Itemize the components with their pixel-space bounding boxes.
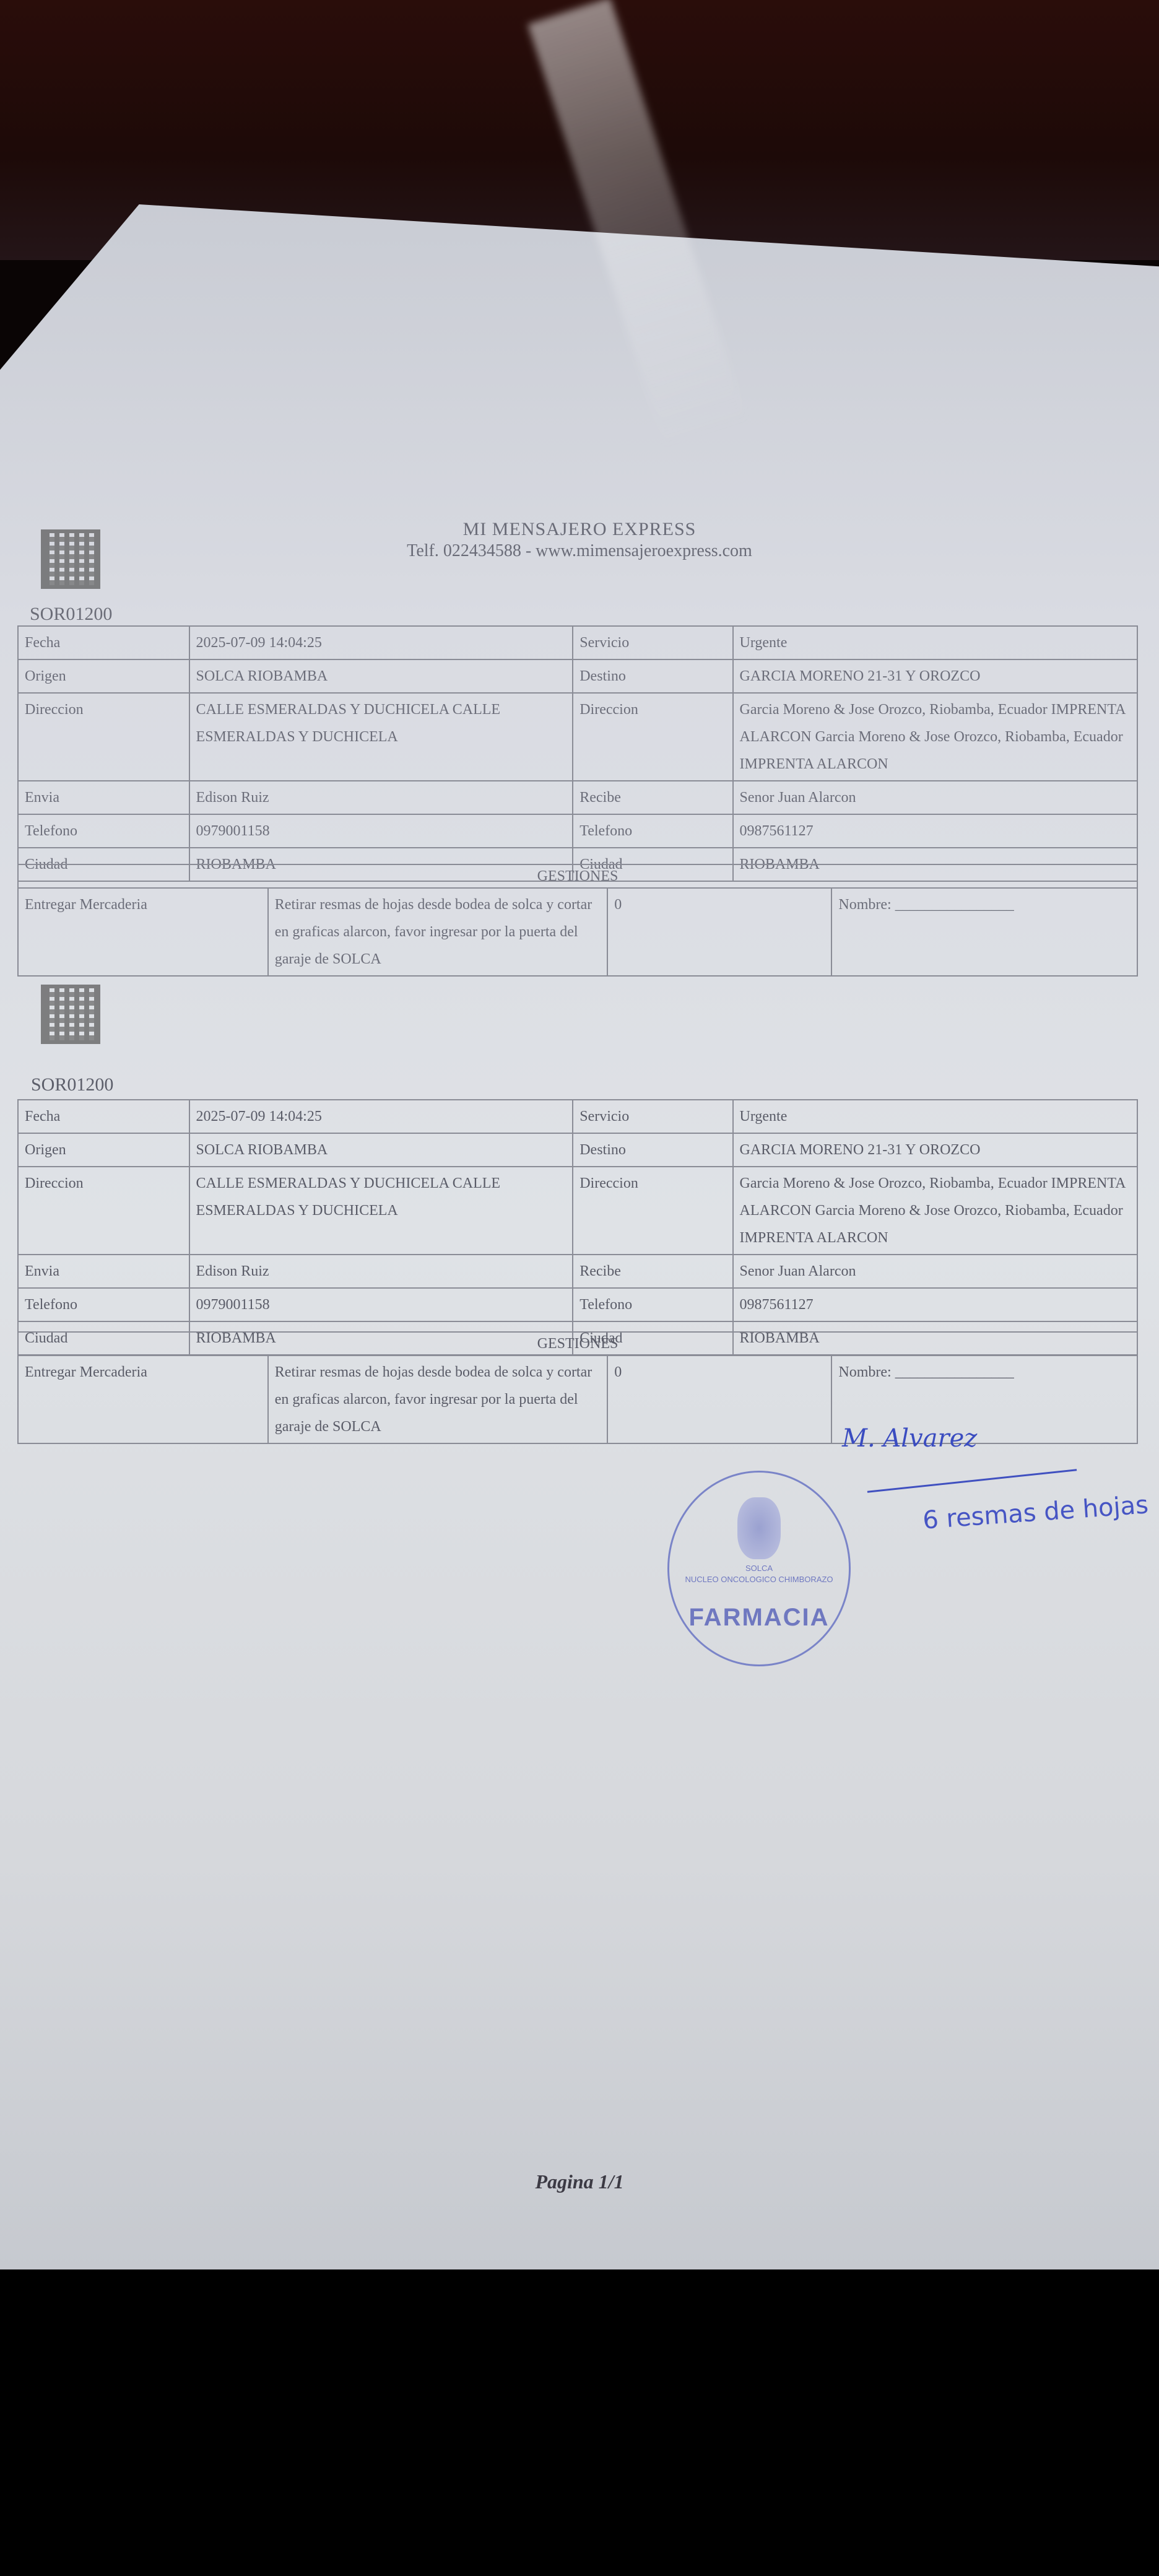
value-destino: GARCIA MORENO 21-31 Y OROZCO <box>733 659 1137 693</box>
gestion-cantidad: 0 <box>607 888 831 976</box>
value-fecha: 2025-07-09 14:04:25 <box>189 626 573 659</box>
label-direccion-origen: Direccion <box>18 693 189 781</box>
value-servicio: Urgente <box>733 1100 1137 1133</box>
label-recibe: Recibe <box>573 781 732 814</box>
value-origen: SOLCA RIOBAMBA <box>189 659 573 693</box>
label-telefono-envia: Telefono <box>18 814 189 848</box>
gestion-cantidad: 0 <box>607 1355 831 1443</box>
qr-code-icon <box>41 985 100 1044</box>
gestiones-table-1: GESTIONES Entregar Mercaderia Retirar re… <box>17 864 1138 977</box>
label-direccion-origen: Direccion <box>18 1167 189 1255</box>
gestion-descripcion: Retirar resmas de hojas desde bodea de s… <box>268 888 608 976</box>
table-row: Entregar Mercaderia Retirar resmas de ho… <box>18 888 1137 976</box>
label-fecha: Fecha <box>18 1100 189 1133</box>
value-telefono-envia: 0979001158 <box>189 1288 573 1321</box>
value-recibe: Senor Juan Alarcon <box>733 1255 1137 1288</box>
company-contact: Telf. 022434588 - www.mimensajeroexpress… <box>0 541 1159 561</box>
label-servicio: Servicio <box>573 1100 732 1133</box>
gestion-descripcion: Retirar resmas de hojas desde bodea de s… <box>268 1355 608 1443</box>
company-name: MI MENSAJERO EXPRESS <box>0 519 1159 540</box>
label-origen: Origen <box>18 1133 189 1167</box>
order-code: SOR01200 <box>31 1074 113 1095</box>
gestion-nombre: Nombre: ________________ <box>831 888 1137 976</box>
document-header: MI MENSAJERO EXPRESS Telf. 022434588 - w… <box>0 519 1159 561</box>
table-row: Origen SOLCA RIOBAMBA Destino GARCIA MOR… <box>18 1133 1137 1167</box>
label-recibe: Recibe <box>573 1255 732 1288</box>
table-row: Telefono 0979001158 Telefono 0987561127 <box>18 1288 1137 1321</box>
stamp-label: FARMACIA <box>669 1604 849 1632</box>
label-destino: Destino <box>573 659 732 693</box>
value-direccion-origen: CALLE ESMERALDAS Y DUCHICELA CALLE ESMER… <box>189 693 573 781</box>
label-direccion-destino: Direccion <box>573 1167 732 1255</box>
stamp-line2: NUCLEO ONCOLOGICO CHIMBORAZO <box>669 1574 849 1585</box>
value-telefono-recibe: 0987561127 <box>733 814 1137 848</box>
label-telefono-envia: Telefono <box>18 1288 189 1321</box>
qr-code-icon <box>41 529 100 589</box>
value-destino: GARCIA MORENO 21-31 Y OROZCO <box>733 1133 1137 1167</box>
value-direccion-destino: Garcia Moreno & Jose Orozco, Riobamba, E… <box>733 693 1137 781</box>
table-row: Origen SOLCA RIOBAMBA Destino GARCIA MOR… <box>18 659 1137 693</box>
gestiones-title: GESTIONES <box>18 1332 1137 1355</box>
gestion-tipo: Entregar Mercaderia <box>18 888 268 976</box>
value-direccion-destino: Garcia Moreno & Jose Orozco, Riobamba, E… <box>733 1167 1137 1255</box>
table-row: Envia Edison Ruiz Recibe Senor Juan Alar… <box>18 781 1137 814</box>
table-row: Fecha 2025-07-09 14:04:25 Servicio Urgen… <box>18 626 1137 659</box>
table-row: Direccion CALLE ESMERALDAS Y DUCHICELA C… <box>18 693 1137 781</box>
table-row: Envia Edison Ruiz Recibe Senor Juan Alar… <box>18 1255 1137 1288</box>
value-envia: Edison Ruiz <box>189 781 573 814</box>
label-direccion-destino: Direccion <box>573 693 732 781</box>
stamp-line1: SOLCA <box>669 1563 849 1574</box>
label-telefono-recibe: Telefono <box>573 814 732 848</box>
label-telefono-recibe: Telefono <box>573 1288 732 1321</box>
photo-background-bottom <box>0 2269 1159 2576</box>
value-recibe: Senor Juan Alarcon <box>733 781 1137 814</box>
order-code: SOR01200 <box>30 604 112 625</box>
emblem-icon <box>737 1497 781 1559</box>
value-fecha: 2025-07-09 14:04:25 <box>189 1100 573 1133</box>
value-servicio: Urgente <box>733 626 1137 659</box>
value-direccion-origen: CALLE ESMERALDAS Y DUCHICELA CALLE ESMER… <box>189 1167 573 1255</box>
table-row: Direccion CALLE ESMERALDAS Y DUCHICELA C… <box>18 1167 1137 1255</box>
value-envia: Edison Ruiz <box>189 1255 573 1288</box>
pharmacy-stamp: SOLCA NUCLEO ONCOLOGICO CHIMBORAZO FARMA… <box>667 1471 851 1666</box>
table-row: Fecha 2025-07-09 14:04:25 Servicio Urgen… <box>18 1100 1137 1133</box>
value-origen: SOLCA RIOBAMBA <box>189 1133 573 1167</box>
shipment-table-1: Fecha 2025-07-09 14:04:25 Servicio Urgen… <box>17 625 1138 882</box>
value-telefono-recibe: 0987561127 <box>733 1288 1137 1321</box>
table-row: Telefono 0979001158 Telefono 0987561127 <box>18 814 1137 848</box>
label-envia: Envia <box>18 1255 189 1288</box>
page-number: Pagina 1/1 <box>0 2170 1159 2193</box>
label-destino: Destino <box>573 1133 732 1167</box>
value-telefono-envia: 0979001158 <box>189 814 573 848</box>
label-origen: Origen <box>18 659 189 693</box>
shipment-table-2: Fecha 2025-07-09 14:04:25 Servicio Urgen… <box>17 1099 1138 1355</box>
label-fecha: Fecha <box>18 626 189 659</box>
gestion-tipo: Entregar Mercaderia <box>18 1355 268 1443</box>
label-servicio: Servicio <box>573 626 732 659</box>
label-envia: Envia <box>18 781 189 814</box>
gestiones-title: GESTIONES <box>18 864 1137 888</box>
